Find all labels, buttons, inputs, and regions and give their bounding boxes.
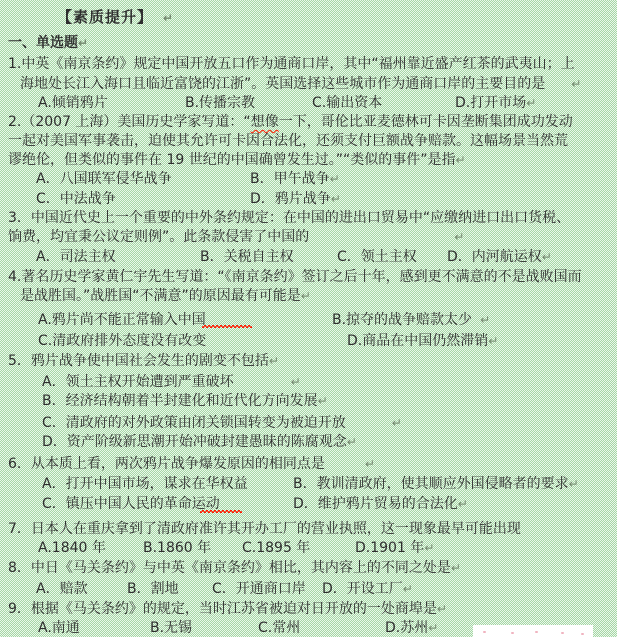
q1-option-a: A.倾销鸦片 [38, 94, 108, 113]
q9-stem: 9．根据《马关条约》的规定，当时江苏省被迫对日开放的一处商埠是↵ [8, 600, 447, 619]
q5-option-b: B．经济结构朝着半封建化和近代化方向发展 [42, 393, 318, 409]
q1-options-row: A.倾销鸦片 B.传播宗教 C.输出资本 D.打开市场↵ [0, 94, 617, 114]
paragraph-mark-icon: ↵ [365, 457, 375, 471]
q4-option-c: C.清政府排外态度没有改变 [38, 332, 206, 351]
pink-speck [535, 631, 538, 633]
q6-options-row1: A．打开中国市场，谋求在华权益 B．教训清政府，使其顺应外国侵略者的要求↵ [0, 475, 617, 495]
spellcheck-squiggle-icon [202, 325, 252, 328]
paragraph-mark-icon: ↵ [403, 582, 413, 596]
section-heading-line: 一、单选题↵ [8, 34, 88, 53]
q9-option-c: C.常州 [258, 619, 300, 637]
document-title-line: 【素质提升】↵ [57, 8, 174, 28]
q7-option-a: A.1840 年 [38, 539, 106, 558]
paragraph-mark-icon: ↵ [163, 11, 174, 25]
q4-stem-line2: 是战胜国。”战胜国“不满意”的原因最有可能是↵ [20, 287, 311, 306]
paragraph-mark-icon: ↵ [458, 497, 468, 511]
q9-option-d-wrap: D.苏州↵ [385, 619, 438, 637]
q2-option-b: B．甲午战争 [250, 171, 330, 187]
q3-option-a: A．司法主权 [36, 248, 116, 267]
q5-option-c-line: C．清政府的对外政策由闭关锁国转变为被迫开放↵ [42, 414, 402, 433]
paragraph-mark-icon: ↵ [569, 477, 579, 491]
q2-stem-line2: 一起对美国军事袭击，迫使其允许可卡因合法化，还须支付巨额战争赔款。这幅场景当然荒 [8, 132, 568, 151]
q4-option-a: A.鸦片尚不能正常输入中国 [38, 311, 206, 330]
q2-option-a: A．八国联军侵华战争 [36, 170, 172, 189]
q3-option-d: D．内河航运权 [447, 249, 542, 265]
q7-option-d: D.1901 年 [355, 540, 424, 556]
q2-option-d-wrap: D．鸦片战争↵ [250, 190, 341, 209]
q6-stem: 6．从本质上看，两次鸦片战争爆发原因的相同点是↵ [8, 455, 375, 474]
paragraph-mark-icon: ↵ [291, 375, 301, 389]
q6-option-b-wrap: B．教训清政府，使其顺应外国侵略者的要求↵ [293, 475, 579, 494]
q5-stem: 5．鸦片战争使中国社会发生的剧变不包括↵ [8, 352, 279, 371]
paragraph-mark-icon: ↵ [437, 602, 447, 616]
q7-options-row: A.1840 年 B.1860 年 C.1895 年 D.1901 年↵ [0, 539, 617, 559]
q7-option-c: C.1895 年 [242, 539, 310, 558]
paragraph-mark-icon: ↵ [331, 192, 341, 206]
q4-stem-text1: 4.著名历史学家黄仁宇先生写道：“《南京条约》签订之后十年，感到更不满意的不是战… [8, 269, 582, 285]
paragraph-mark-icon: ↵ [571, 77, 581, 91]
q4-option-d-wrap: D.商品在中国仍然滞销↵ [347, 332, 498, 351]
q2-options-row1: A．八国联军侵华战争 B．甲午战争↵ [0, 170, 617, 190]
q2-option-b-wrap: B．甲午战争↵ [250, 170, 340, 189]
paragraph-mark-icon: ↵ [542, 250, 552, 264]
q8-option-b: B．割地 [127, 580, 179, 599]
q2-stem-text2: 一起对美国军事袭击，迫使其允许可卡因合法化，还须支付巨额战争赔款。这幅场景当然荒 [8, 133, 568, 149]
q3-stem-line2: 饷费，均宜秉公议定则例”。此条款侵害了中国的↵ [8, 228, 464, 247]
q3-options-row: A．司法主权 B．关税自主权 C．领土主权 D．内河航运权↵ [0, 248, 617, 268]
page-title: 【素质提升】 [57, 8, 153, 26]
q7-option-b: B.1860 年 [143, 539, 211, 558]
q2-stem-text1-pre: 2.（2007 上海）美国历史学家写道：“ [8, 114, 251, 130]
spellcheck-squiggle-icon [200, 510, 242, 513]
paragraph-mark-icon: ↵ [330, 172, 340, 186]
q3-option-c: C．领土主权 [337, 248, 417, 267]
q2-misspelled-word: 想像 [251, 114, 279, 130]
q8-options-row: A．赔款 B．割地 C．开通商口岸 D．开设工厂↵ [0, 580, 617, 600]
q8-option-a: A．赔款 [36, 580, 88, 599]
q7-stem-text: 7．日本人在重庆拿到了清政府准许其开办工厂的营业执照，这一现象最早可能出现 [8, 521, 521, 537]
q8-option-c: C．开通商口岸 [212, 580, 306, 599]
q1-stem-line1: 1.中英《南京条约》规定中国开放五口作为通商口岸，其中“福州靠近盛产红茶的武夷山… [8, 55, 575, 74]
q3-stem-text2: 饷费，均宜秉公议定则例”。此条款侵害了中国的 [8, 229, 309, 245]
paragraph-mark-icon: ↵ [488, 334, 498, 348]
q2-stem-text1-post: 一下，哥伦比亚麦德林可卡因垄断集团成功发动 [279, 114, 573, 130]
q9-stem-text: 9．根据《马关条约》的规定，当时江苏省被迫对日开放的一处商埠是 [8, 601, 437, 617]
q7-stem: 7．日本人在重庆拿到了清政府准许其开办工厂的营业执照，这一现象最早可能出现 [8, 520, 521, 539]
q5-stem-text: 5．鸦片战争使中国社会发生的剧变不包括 [8, 353, 269, 369]
q3-option-d-wrap: D．内河航运权↵ [447, 248, 552, 267]
q1-stem-text2: 海地处长江入海口且临近富饶的江浙”。英国选择这些城市作为通商口岸的主要目的是 [20, 76, 545, 92]
q7-option-d-wrap: D.1901 年↵ [355, 539, 434, 558]
paragraph-mark-icon: ↵ [480, 313, 490, 327]
q9-option-d: D.苏州 [385, 620, 428, 636]
q4-options-row1: A.鸦片尚不能正常输入中国 B.掠夺的战争赔款太少↵ [0, 311, 617, 331]
q6-option-d-wrap: D．维护鸦片贸易的合法化↵ [293, 495, 468, 514]
q3-option-b: B．关税自主权 [200, 248, 294, 267]
paragraph-mark-icon: ↵ [526, 96, 536, 110]
q2-stem-text3: 谬绝伦，但类似的事件在 19 世纪的中国确曾发生过。”“类似的事件”是指 [8, 152, 455, 168]
q6-option-c: C．镇压中国人民的革命运动 [42, 495, 220, 514]
q8-option-d-wrap: D．开设工厂↵ [322, 580, 413, 599]
paragraph-mark-icon: ↵ [454, 230, 464, 244]
q1-option-d-wrap: D.打开市场↵ [455, 94, 536, 113]
q4-option-b: B.掠夺的战争赔款太少 [332, 312, 472, 328]
paragraph-mark-icon: ↵ [392, 416, 402, 430]
pink-speck [581, 633, 584, 635]
pink-speck [561, 632, 564, 634]
q3-stem-line1: 3．中国近代史上一个重要的中外条约规定：在中国的进出口贸易中“应缴纳进口出口货税… [8, 209, 570, 228]
paragraph-mark-icon: ↵ [269, 354, 279, 368]
q8-stem-text: 8．中日《马关条约》与中英《南京条约》相比，其内容上的不同之处是 [8, 560, 451, 576]
paragraph-mark-icon: ↵ [347, 435, 357, 449]
pink-speck [511, 632, 514, 634]
q4-stem-text2: 是战胜国。”战胜国“不满意”的原因最有可能是 [20, 288, 301, 304]
paragraph-mark-icon: ↵ [301, 289, 311, 303]
q2-stem-line3: 谬绝伦，但类似的事件在 19 世纪的中国确曾发生过。”“类似的事件”是指↵ [8, 151, 466, 170]
paragraph-mark-icon: ↵ [424, 541, 434, 555]
q1-stem-text1: 1.中英《南京条约》规定中国开放五口作为通商口岸，其中“福州靠近盛产红茶的武夷山… [8, 56, 575, 72]
paragraph-mark-icon: ↵ [318, 394, 328, 408]
q6-option-d: D．维护鸦片贸易的合法化 [293, 496, 458, 512]
q1-option-c: C.输出资本 [312, 94, 382, 113]
q5-option-a-line: A．领土主权开始遭到严重破坏↵ [42, 373, 301, 392]
q8-stem: 8．中日《马关条约》与中英《南京条约》相比，其内容上的不同之处是↵ [8, 559, 461, 578]
q1-option-d: D.打开市场 [455, 95, 526, 111]
q9-option-b: B.无锡 [150, 619, 192, 637]
q5-option-d-line: D．资产阶级新思潮开始冲破封建愚昧的陈腐观念↵ [42, 433, 357, 452]
q2-option-d: D．鸦片战争 [250, 191, 331, 207]
q2-option-c: C．中法战争 [36, 190, 116, 209]
q4-option-d: D.商品在中国仍然滞销 [347, 333, 488, 349]
q3-stem-text1: 3．中国近代史上一个重要的中外条约规定：在中国的进出口贸易中“应缴纳进口出口货税… [8, 210, 570, 226]
paragraph-mark-icon: ↵ [428, 621, 438, 635]
paragraph-mark-icon: ↵ [451, 561, 461, 575]
q5-option-d: D．资产阶级新思潮开始冲破封建愚昧的陈腐观念 [42, 434, 347, 450]
q4-stem-line1: 4.著名历史学家黄仁宇先生写道：“《南京条约》签订之后十年，感到更不满意的不是战… [8, 268, 582, 287]
q5-option-a: A．领土主权开始遭到严重破坏 [42, 374, 234, 390]
pink-speck [483, 631, 486, 633]
q4-option-b-wrap: B.掠夺的战争赔款太少↵ [332, 311, 490, 330]
q8-option-d: D．开设工厂 [322, 581, 403, 597]
q6-options-row2: C．镇压中国人民的革命运动 D．维护鸦片贸易的合法化↵ [0, 495, 617, 515]
q2-stem-line1: 2.（2007 上海）美国历史学家写道：“想像一下，哥伦比亚麦德林可卡因垄断集团… [8, 113, 573, 132]
q2-options-row2: C．中法战争 D．鸦片战争↵ [0, 190, 617, 210]
section-heading: 一、单选题 [8, 35, 78, 51]
paragraph-mark-icon: ↵ [78, 36, 88, 50]
paragraph-mark-icon: ↵ [455, 153, 465, 167]
q6-stem-text: 6．从本质上看，两次鸦片战争爆发原因的相同点是 [8, 456, 325, 472]
q5-option-b-line: B．经济结构朝着半封建化和近代化方向发展↵ [42, 392, 328, 411]
q9-option-a: A.南通 [38, 619, 80, 637]
q6-option-a: A．打开中国市场，谋求在华权益 [42, 475, 248, 494]
q1-stem-line2: 海地处长江入海口且临近富饶的江浙”。英国选择这些城市作为通商口岸的主要目的是↵ [20, 75, 581, 94]
q1-option-b: B.传播宗教 [185, 94, 255, 113]
q6-option-b: B．教训清政府，使其顺应外国侵略者的要求 [293, 476, 569, 492]
white-overlay-box [473, 625, 593, 637]
q4-options-row2: C.清政府排外态度没有改变 D.商品在中国仍然滞销↵ [0, 332, 617, 352]
q5-option-c: C．清政府的对外政策由闭关锁国转变为被迫开放 [42, 415, 346, 431]
exam-document-page: 【素质提升】↵ 一、单选题↵ 1.中英《南京条约》规定中国开放五口作为通商口岸，… [0, 0, 617, 637]
